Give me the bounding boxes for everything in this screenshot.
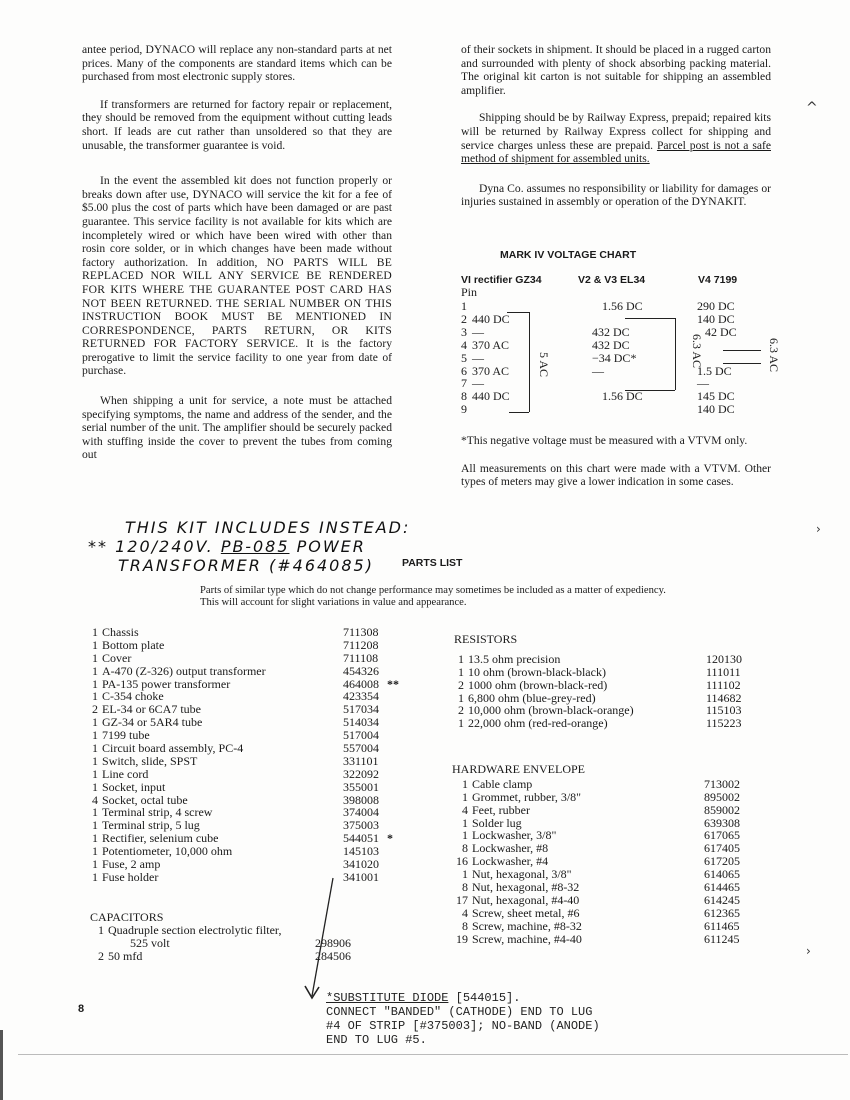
- bracket-v2-bottom: [625, 390, 675, 391]
- page-number: 8: [78, 1003, 84, 1015]
- voltage-pin-label: Pin: [461, 286, 477, 299]
- voltage-footnote: *This negative voltage must be measured …: [461, 434, 771, 448]
- margin-mark: ›: [816, 522, 821, 536]
- voltage-chart-title: MARK IV VOLTAGE CHART: [500, 249, 636, 261]
- typed-substitution-note: *SUBSTITUTE DIODE [544015]. CONNECT "BAN…: [326, 991, 600, 1047]
- arrow-annotation: [300, 876, 340, 1006]
- left-column: antee period, DYNACO will replace any no…: [82, 43, 392, 474]
- voltage-pin: 4: [461, 339, 467, 352]
- voltage-pin: 5: [461, 352, 467, 365]
- scan-fold-line: [18, 1054, 848, 1055]
- voltage-v2-value: 1.56 DC: [602, 300, 643, 313]
- capacitor-item: 250 mfd284506: [90, 950, 390, 963]
- paragraph-shipping-unit: When shipping a unit for service, a note…: [82, 394, 392, 462]
- resistors-section: RESISTORS 113.5 ohm precision120130110 o…: [454, 633, 774, 730]
- heater-line-1: [723, 350, 761, 351]
- voltage-v2-value: −34 DC*: [592, 352, 636, 365]
- asterisk-mark: *: [387, 832, 393, 845]
- measurement-note: All measurements on this chart were made…: [461, 462, 771, 489]
- handwritten-note-line2: ** 120/240V. PB-085 POWER: [88, 537, 366, 556]
- paragraph-liability: Dyna Co. assumes no responsibility or li…: [461, 182, 771, 209]
- parts-list-item: 122,000 ohm (red-red-orange)115223: [454, 717, 774, 730]
- voltage-v4-value: 140 DC: [697, 403, 735, 416]
- voltage-header-v2: V2 & V3 EL34: [578, 274, 645, 286]
- paragraph-packing: of their sockets in shipment. It should …: [461, 43, 771, 97]
- main-parts-list: 1Chassis7113081Bottom plate7112081Cover7…: [84, 626, 384, 884]
- capacitors-section: CAPACITORS 1Quadruple section electrolyt…: [90, 911, 390, 963]
- paragraph-transformers: If transformers are returned for factory…: [82, 98, 392, 152]
- parts-list-note: Parts of similar type which do not chang…: [200, 585, 680, 609]
- service-caps-warning: NO PARTS WILL BE REPLACED NOR WILL ANY S…: [82, 256, 392, 351]
- voltage-v1-value: 370 AC: [472, 339, 509, 352]
- asterisk-mark: **: [387, 678, 399, 691]
- voltage-notes: *This negative voltage must be measured …: [461, 434, 771, 501]
- voltage-pin: 9: [461, 403, 467, 416]
- voltage-header-v4: V4 7199: [698, 274, 737, 286]
- paragraph-guarantee-end: antee period, DYNACO will replace any no…: [82, 43, 392, 84]
- hardware-section: HARDWARE ENVELOPE 1Cable clamp7130021Gro…: [452, 763, 772, 945]
- bracket-label-63ac-2: 6.3 AC: [766, 338, 781, 372]
- resistors-heading: RESISTORS: [454, 633, 774, 646]
- bracket-v2-top: [625, 318, 675, 319]
- bracket-v1-side: [529, 312, 530, 412]
- voltage-v2-value: —: [592, 365, 604, 378]
- right-column: of their sockets in shipment. It should …: [461, 43, 771, 221]
- bracket-label-63ac-1: 6.3 AC: [689, 334, 704, 368]
- document-page: antee period, DYNACO will replace any no…: [0, 0, 850, 1100]
- bracket-v2-side: [675, 318, 676, 390]
- parts-list-item: 19Screw, machine, #4-40611245: [452, 933, 772, 946]
- margin-mark-caret: ^: [806, 100, 818, 116]
- scan-edge: [0, 1030, 3, 1100]
- handwritten-note-line1: THIS KIT INCLUDES INSTEAD:: [125, 518, 410, 537]
- bracket-v1-top: [507, 312, 529, 313]
- voltage-v1-value: 440 DC: [472, 390, 510, 403]
- margin-mark: ›: [806, 944, 811, 958]
- paragraph-railway: Shipping should be by Railway Express, p…: [461, 111, 771, 165]
- parts-list-title: PARTS LIST: [402, 557, 462, 569]
- voltage-v2-value: 1.56 DC: [602, 390, 643, 403]
- voltage-v2-value: 432 DC: [592, 339, 630, 352]
- handwritten-note-line3: TRANSFORMER (#464085): [118, 556, 374, 575]
- bracket-v1-bottom: [509, 412, 529, 413]
- paragraph-service: In the event the assembled kit does not …: [82, 174, 392, 378]
- hardware-heading: HARDWARE ENVELOPE: [452, 763, 772, 776]
- heater-line-2: [723, 363, 761, 364]
- voltage-v1-value: —: [472, 352, 484, 365]
- bracket-label-5ac: 5 AC: [536, 352, 551, 377]
- voltage-v4-value: 42 DC: [705, 326, 737, 339]
